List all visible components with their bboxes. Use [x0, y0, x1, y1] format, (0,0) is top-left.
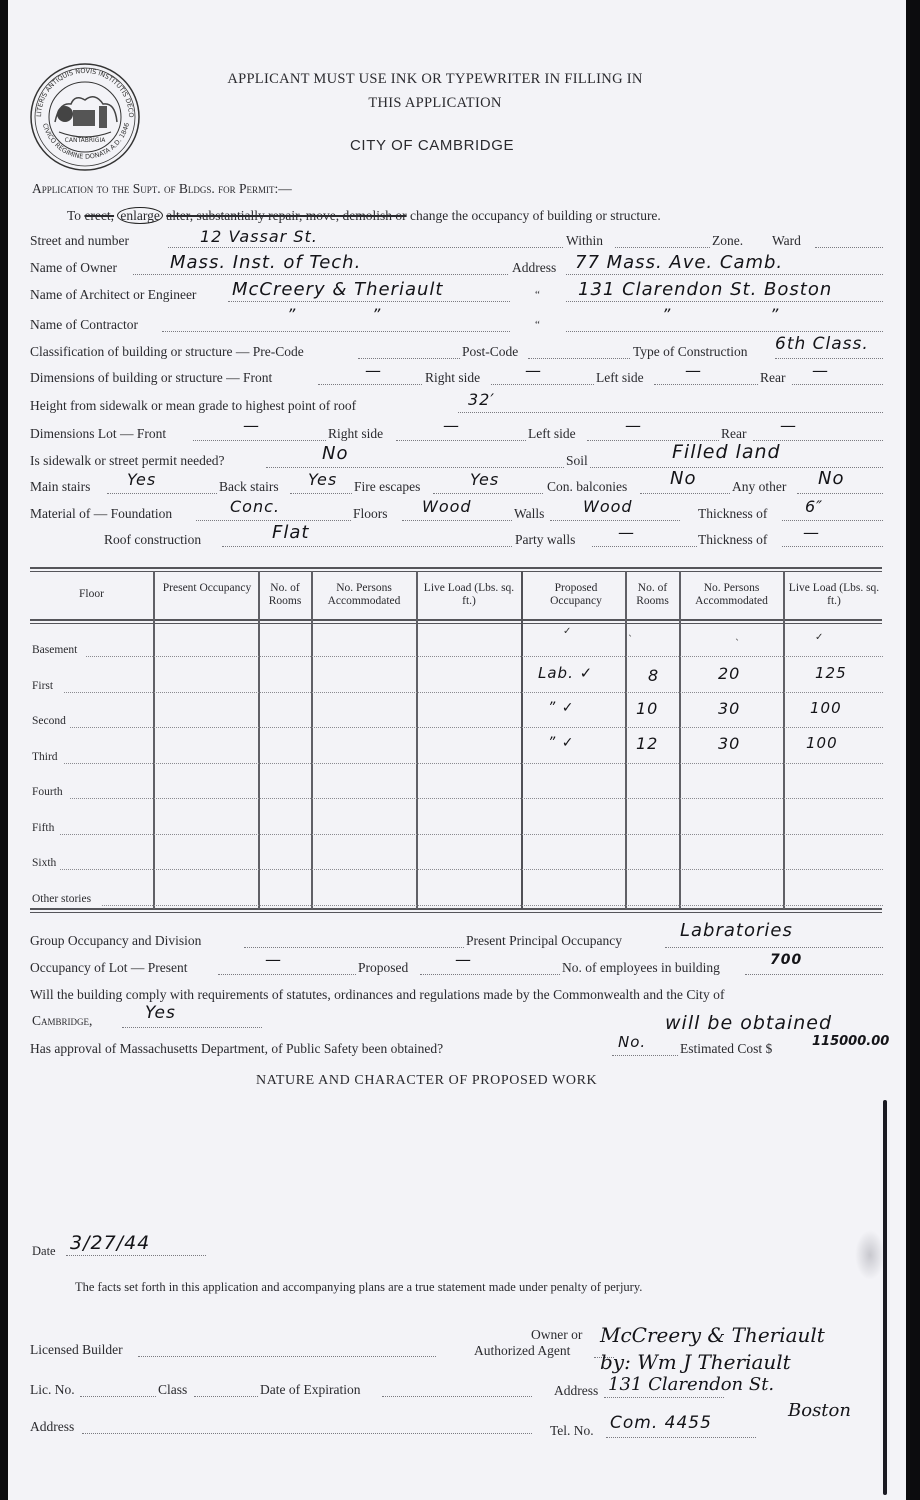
group-occupancy-label: Group Occupancy and Division	[30, 931, 201, 951]
application-to-heading: Application to the Supt. of Bldgs. for P…	[32, 179, 292, 199]
table-header-rule-thin	[30, 623, 882, 624]
any-other-dots	[797, 493, 883, 494]
dims-building-rear-value[interactable]: —	[812, 361, 829, 380]
walls-thickness-label: Thickness of	[698, 504, 767, 524]
floor-label: First	[32, 680, 53, 692]
owner-address-dots	[566, 274, 883, 275]
proposed-persons-cell[interactable]: 30	[718, 699, 740, 718]
fire-escapes-dots	[433, 493, 543, 494]
lot-proposed-dots	[420, 974, 560, 975]
proposed-occupancy-cell[interactable]: Lab. ✓	[538, 664, 593, 682]
owner-dots	[133, 274, 508, 275]
lot-present-value[interactable]: —	[265, 950, 282, 969]
agent-address-dots	[604, 1397, 724, 1398]
purpose-erect-struck: erect,	[84, 208, 114, 223]
employees-value[interactable]: 700	[770, 952, 802, 968]
principal-occupancy-dots	[665, 947, 883, 948]
row-dots	[64, 763, 883, 764]
scan-smudge	[855, 1230, 885, 1280]
expiration-label: Date of Expiration	[260, 1380, 360, 1400]
party-walls-value[interactable]: —	[618, 523, 635, 542]
lic-no-label: Lic. No.	[30, 1380, 75, 1400]
party-walls-label: Party walls	[515, 530, 575, 550]
party-walls-dots	[592, 546, 697, 547]
right-side-label: Right side	[425, 368, 480, 388]
sidewalk-dots	[266, 467, 564, 468]
contractor-address-dots	[566, 331, 883, 332]
proposed-occupancy-cell[interactable]: ✓	[563, 626, 571, 637]
purpose-enlarge-circled: enlarge	[117, 207, 162, 224]
row-dots	[102, 905, 883, 906]
ward-label: Ward	[772, 231, 801, 251]
licensed-builder-dots	[138, 1356, 436, 1357]
scan-edge-line	[883, 1100, 887, 1495]
sidewalk-value[interactable]: No	[322, 443, 348, 464]
party-thickness-label: Thickness of	[698, 530, 767, 550]
dims-left-dots	[654, 384, 758, 385]
approval-note[interactable]: will be obtained	[665, 1012, 832, 1034]
comply-dots	[122, 1027, 262, 1028]
proposed-occupancy-cell[interactable]: ” ✓	[548, 700, 574, 716]
floor-label: Third	[32, 751, 58, 763]
approval-dots	[612, 1055, 678, 1056]
col-header-present-load: Live Load (Lbs. sq. ft.)	[418, 582, 520, 608]
date-label: Date	[32, 1241, 56, 1261]
date-dots	[66, 1255, 206, 1256]
class-dots	[194, 1396, 258, 1397]
instruction-line-2: THIS APPLICATION	[150, 95, 720, 112]
floor-label: Second	[32, 715, 66, 727]
architect-dots	[228, 301, 510, 302]
street-dots	[168, 247, 563, 248]
col-divider	[625, 571, 627, 909]
proposed-occupancy-cell[interactable]: ” ✓	[548, 735, 574, 751]
agent-address-label: Address	[554, 1381, 598, 1401]
dims-lot-front-value[interactable]: —	[243, 416, 260, 435]
architect-value[interactable]: McCreery & Theriault	[232, 279, 443, 300]
floor-label: Basement	[32, 644, 77, 656]
contractor-label: Name of Contractor	[30, 315, 138, 335]
city-title: CITY OF CAMBRIDGE	[350, 137, 514, 154]
dims-lot-left-value[interactable]: —	[625, 416, 642, 435]
employees-dots	[745, 974, 883, 975]
party-thickness-value[interactable]: —	[803, 523, 820, 542]
nature-work-area[interactable]	[30, 1095, 880, 1225]
party-thickness-dots	[782, 546, 883, 547]
row-dots	[86, 656, 883, 657]
comply-value[interactable]: Yes	[145, 1003, 176, 1023]
main-stairs-dots	[107, 493, 217, 494]
purpose-line: To erect, enlarge alter, substantially r…	[67, 206, 661, 226]
rear-label: Rear	[760, 368, 785, 388]
col-divider	[679, 571, 681, 909]
svg-text:LITERIS ANTIQUIS NOVIS INSTITU: LITERIS ANTIQUIS NOVIS INSTITUTIS DECORA	[29, 62, 135, 118]
signature-line-2[interactable]: by: Wm J Theriault	[600, 1350, 791, 1374]
back-stairs-dots	[290, 493, 352, 494]
builder-address-label: Address	[30, 1417, 74, 1437]
owner-address-value[interactable]: 77 Mass. Ave. Camb.	[575, 252, 783, 273]
col-divider	[153, 571, 155, 909]
floor-label: Other stories	[32, 893, 91, 905]
soil-label: Soil	[566, 451, 588, 471]
post-code-label: Post-Code	[462, 342, 518, 362]
balconies-label: Con. balconies	[547, 477, 627, 497]
lot-proposed-value[interactable]: —	[455, 950, 472, 969]
proposed-rooms-cell[interactable]: 12	[636, 734, 658, 753]
walls-label: Walls	[514, 504, 544, 524]
row-dots	[64, 692, 883, 693]
dims-right-dots	[491, 384, 594, 385]
tel-dots	[606, 1437, 756, 1438]
back-stairs-value[interactable]: Yes	[308, 470, 337, 489]
balconies-dots	[640, 493, 730, 494]
lot-left-side-label: Left side	[528, 424, 576, 444]
height-dots	[458, 412, 883, 413]
table-bottom-rule	[30, 908, 882, 910]
proposed-rooms-cell[interactable]: 8	[648, 666, 659, 685]
approval-value[interactable]: No.	[618, 1033, 646, 1051]
group-occupancy-dots	[244, 947, 464, 948]
floor-label: Fifth	[32, 822, 54, 834]
owner-agent-label-2: Authorized Agent	[474, 1341, 570, 1361]
floor-label: Sixth	[32, 857, 56, 869]
foundation-value[interactable]: Conc.	[230, 497, 280, 516]
precode-dots	[358, 358, 460, 359]
signature-line-1[interactable]: McCreery & Theriault	[600, 1323, 825, 1347]
col-header-proposed-load: Live Load (Lbs. sq. ft.)	[785, 582, 883, 608]
fire-escapes-value[interactable]: Yes	[470, 470, 499, 489]
col-divider-center	[521, 571, 523, 909]
left-side-label: Left side	[596, 368, 644, 388]
col-header-present-occupancy: Present Occupancy	[160, 582, 254, 595]
architect-address-ditto: “	[535, 285, 540, 305]
builder-address-dots	[82, 1433, 532, 1434]
contractor-dots	[162, 331, 510, 332]
table-top-rule	[30, 567, 882, 569]
col-divider	[311, 571, 313, 909]
floor-label: Fourth	[32, 786, 63, 798]
owner-label: Name of Owner	[30, 258, 117, 278]
lot-front-dots	[193, 440, 326, 441]
owner-value[interactable]: Mass. Inst. of Tech.	[170, 252, 361, 273]
col-divider	[783, 571, 785, 909]
dims-building-label: Dimensions of building or structure — Fr…	[30, 368, 272, 388]
contractor-address-ditto-1[interactable]: ”	[662, 305, 671, 324]
cost-label: Estimated Cost $	[680, 1039, 772, 1059]
floors-value[interactable]: Wood	[422, 497, 472, 516]
lot-occupancy-label: Occupancy of Lot — Present	[30, 958, 187, 978]
any-other-value[interactable]: No	[818, 468, 844, 489]
roof-dots	[222, 546, 512, 547]
contractor-ditto-1[interactable]: ”	[287, 305, 296, 324]
purpose-to: To	[67, 208, 81, 223]
instruction-line-1: APPLICANT MUST USE INK OR TYPEWRITER IN …	[150, 71, 720, 88]
cambridge-label: Cambridge,	[32, 1011, 92, 1031]
architect-label: Name of Architect or Engineer	[30, 285, 196, 305]
main-stairs-label: Main stairs	[30, 477, 90, 497]
table-bottom-rule-thin	[30, 912, 882, 913]
walls-thickness-value[interactable]: 6″	[805, 497, 823, 516]
col-header-proposed-persons: No. Persons Accommodated	[681, 582, 782, 608]
balconies-value[interactable]: No	[670, 468, 696, 489]
postcode-dots	[528, 358, 630, 359]
walls-dots	[550, 520, 680, 521]
col-divider	[258, 571, 260, 909]
licensed-builder-label: Licensed Builder	[30, 1340, 123, 1360]
contractor-address-ditto-2[interactable]: ”	[770, 305, 779, 324]
lot-right-side-label: Right side	[328, 424, 383, 444]
employees-label: No. of employees in building	[562, 958, 720, 978]
row-dots	[70, 727, 883, 728]
contractor-ditto-2[interactable]: ”	[372, 305, 381, 324]
street-value[interactable]: 12 Vassar St.	[200, 227, 318, 246]
row-dots	[60, 869, 883, 870]
lot-proposed-label: Proposed	[358, 958, 408, 978]
col-header-proposed-rooms: No. of Rooms	[627, 582, 678, 608]
main-stairs-value[interactable]: Yes	[127, 470, 156, 489]
table-header-rule	[30, 619, 882, 621]
lot-present-dots	[218, 974, 356, 975]
architect-address-value[interactable]: 131 Clarendon St. Boston	[578, 279, 832, 300]
dims-rear-dots	[792, 384, 883, 385]
owner-address-label: Address	[512, 258, 556, 278]
city-seal-icon: CANTABRIGIA LITERIS ANTIQUIS NOVIS INSTI…	[29, 62, 142, 172]
classification-label: Classification of building or structure …	[30, 342, 304, 362]
agent-address-line-1[interactable]: 131 Clarendon St.	[608, 1374, 774, 1395]
dims-lot-right-value[interactable]: —	[443, 416, 460, 435]
walls-value[interactable]: Wood	[583, 497, 633, 516]
date-value[interactable]: 3/27/44	[70, 1232, 150, 1254]
dims-lot-rear-value[interactable]: —	[780, 416, 797, 435]
dims-building-front-value[interactable]: —	[365, 361, 382, 380]
within-label: Within	[566, 231, 603, 251]
construction-type-dots	[775, 358, 883, 359]
street-label: Street and number	[30, 231, 129, 251]
purpose-change-occupancy: change the occupancy of building or stru…	[410, 208, 661, 223]
dims-building-right-value[interactable]: —	[525, 361, 542, 380]
proposed-load-cell[interactable]: 125	[815, 664, 847, 682]
back-stairs-label: Back stairs	[219, 477, 279, 497]
material-label: Material of — Foundation	[30, 504, 172, 524]
table-top-rule-thin	[30, 571, 882, 572]
roof-label: Roof construction	[104, 530, 201, 550]
fire-escapes-label: Fire escapes	[354, 477, 420, 497]
sidewalk-label: Is sidewalk or street permit needed?	[30, 451, 225, 471]
height-label: Height from sidewalk or mean grade to hi…	[30, 396, 356, 416]
tel-label: Tel. No.	[550, 1421, 594, 1441]
foundation-dots	[196, 520, 351, 521]
row-dots	[70, 798, 883, 799]
floors-label: Floors	[353, 504, 388, 524]
within-dots	[615, 247, 710, 248]
principal-occupancy-label: Present Principal Occupancy	[466, 931, 622, 951]
principal-occupancy-value[interactable]: Labratories	[680, 920, 793, 941]
soil-value[interactable]: Filled land	[672, 441, 781, 463]
lic-no-dots	[80, 1396, 156, 1397]
comply-question: Will the building comply with requiremen…	[30, 985, 724, 1005]
col-header-present-rooms: No. of Rooms	[260, 582, 310, 608]
col-header-proposed-occupancy: Proposed Occupancy	[530, 582, 622, 608]
col-header-present-persons: No. Persons Accommodated	[313, 582, 415, 608]
walls-thickness-dots	[782, 520, 883, 521]
construction-type-value[interactable]: 6th Class.	[775, 334, 869, 354]
proposed-load-cell[interactable]: 100	[806, 734, 838, 752]
proposed-rooms-cell[interactable]: ˎ	[628, 626, 633, 637]
cost-value[interactable]: 115000.00	[812, 1034, 889, 1049]
tel-value[interactable]: Com. 4455	[610, 1413, 712, 1433]
proposed-load-cell[interactable]: 100	[810, 699, 842, 717]
proposed-persons-cell[interactable]: ˎ	[735, 630, 740, 641]
nature-title: NATURE AND CHARACTER OF PROPOSED WORK	[256, 1071, 597, 1091]
lot-right-dots	[396, 440, 526, 441]
dims-front-dots	[318, 384, 422, 385]
class-label: Class	[158, 1380, 187, 1400]
contractor-address-ditto: “	[535, 315, 540, 335]
proposed-rooms-cell[interactable]: 10	[636, 699, 658, 718]
construction-type-label: Type of Construction	[633, 342, 748, 362]
approval-question: Has approval of Massachusetts Department…	[30, 1039, 443, 1059]
col-header-floor: Floor	[30, 588, 153, 601]
agent-address-line-2[interactable]: Boston	[788, 1400, 851, 1421]
row-dots	[60, 834, 883, 835]
architect-address-dots	[566, 301, 883, 302]
zone-label: Zone.	[712, 231, 743, 251]
any-other-label: Any other	[732, 477, 786, 497]
purpose-struck-options: alter, substantially repair, move, demol…	[166, 208, 406, 223]
proposed-persons-cell[interactable]: 20	[718, 664, 740, 683]
ward-dots	[815, 247, 883, 248]
expiration-dots	[382, 1396, 532, 1397]
height-value[interactable]: 32′	[468, 390, 495, 409]
dims-building-left-value[interactable]: —	[685, 361, 702, 380]
perjury-statement: The facts set forth in this application …	[75, 1277, 642, 1297]
proposed-persons-cell[interactable]: 30	[718, 734, 740, 753]
dims-lot-label: Dimensions Lot — Front	[30, 424, 166, 444]
col-divider	[416, 571, 418, 909]
proposed-load-cell[interactable]: ✓	[815, 632, 823, 643]
floors-dots	[402, 520, 512, 521]
roof-value[interactable]: Flat	[272, 522, 309, 543]
svg-text:CANTABRIGIA: CANTABRIGIA	[65, 137, 107, 144]
